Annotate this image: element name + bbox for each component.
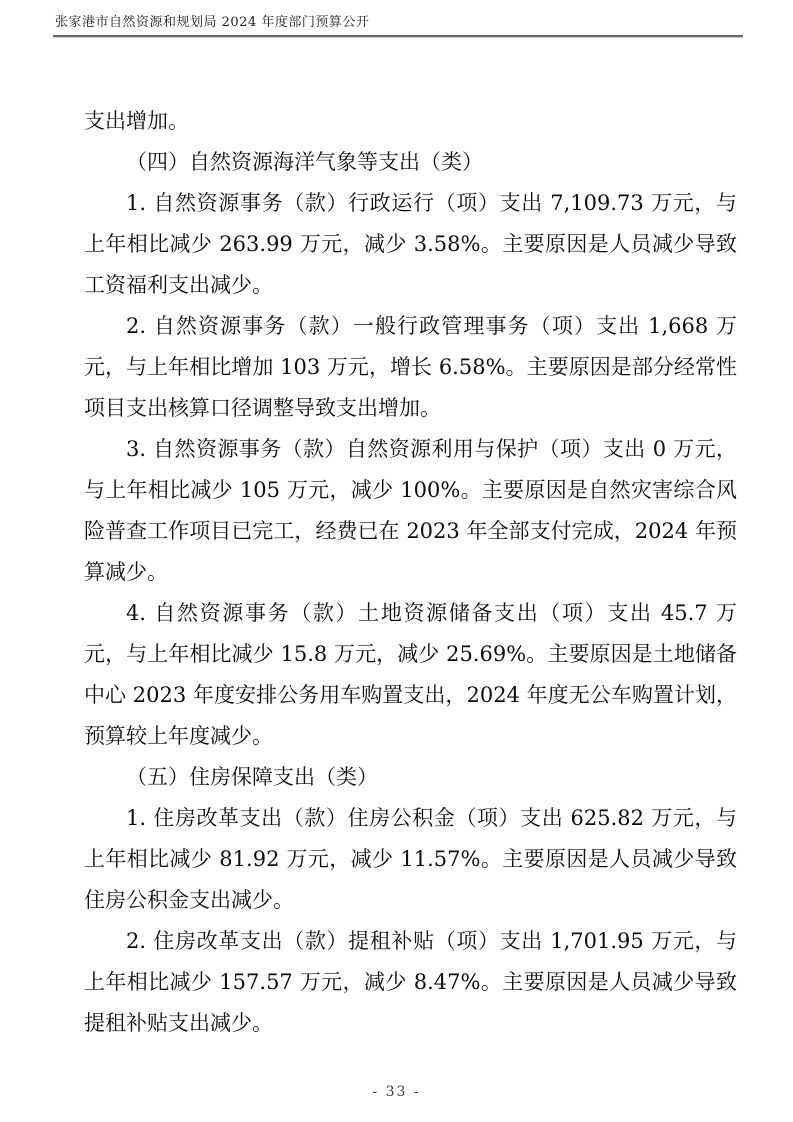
- paragraph-continuation: 支出增加。: [84, 101, 737, 142]
- header-title: 张家港市自然资源和规划局 2024 年度部门预算公开: [53, 14, 743, 32]
- budget-item-admin-operation: 1. 自然资源事务（款）行政运行（项）支出 7,109.73 万元，与上年相比减…: [84, 183, 737, 306]
- page-number: - 33 -: [372, 1084, 420, 1100]
- page-header: 张家港市自然资源和规划局 2024 年度部门预算公开: [53, 14, 743, 38]
- budget-item-housing-fund: 1. 住房改革支出（款）住房公积金（项）支出 625.82 万元，与上年相比减少…: [84, 798, 737, 921]
- document-body: 支出增加。 （四）自然资源海洋气象等支出（类） 1. 自然资源事务（款）行政运行…: [84, 101, 737, 1044]
- header-rule: [53, 35, 743, 38]
- section-heading-5: （五）住房保障支出（类）: [84, 757, 737, 798]
- section-heading-4: （四）自然资源海洋气象等支出（类）: [84, 142, 737, 183]
- document-page: 张家港市自然资源和规划局 2024 年度部门预算公开 支出增加。 （四）自然资源…: [0, 0, 793, 1122]
- budget-item-rent-subsidy: 2. 住房改革支出（款）提租补贴（项）支出 1,701.95 万元，与上年相比减…: [84, 921, 737, 1044]
- budget-item-land-reserve: 4. 自然资源事务（款）土地资源储备支出（项）支出 45.7 万元，与上年相比减…: [84, 593, 737, 757]
- page-footer: - 33 -: [0, 1081, 793, 1100]
- budget-item-general-admin: 2. 自然资源事务（款）一般行政管理事务（项）支出 1,668 万元，与上年相比…: [84, 306, 737, 429]
- budget-item-resource-protection: 3. 自然资源事务（款）自然资源利用与保护（项）支出 0 万元，与上年相比减少 …: [84, 429, 737, 593]
